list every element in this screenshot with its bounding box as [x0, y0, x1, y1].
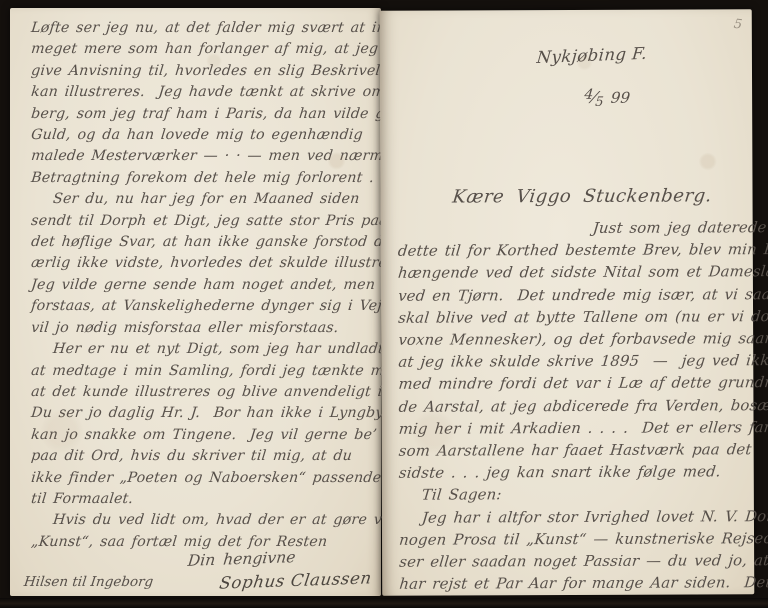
- letter-page-right: 5 Nykjøbing F. 4⁄599 Kære Viggo Stuckenb…: [380, 9, 755, 596]
- handwritten-line: mig her i mit Arkadien . . . . Det er el…: [398, 417, 752, 441]
- handwritten-line: meget mere som han forlanger af mig, at …: [30, 39, 377, 60]
- handwritten-line: at jeg ikke skulde skrive 1895 — jeg ved…: [397, 350, 751, 374]
- handwritten-line: paa dit Ord, hvis du skriver til mig, at…: [30, 446, 377, 467]
- handwritten-line: Jeg vilde gerne sende ham noget andet, m…: [30, 275, 377, 296]
- handwritten-line: at det kunde illustreres og blive anvend…: [30, 382, 377, 403]
- valediction: Din hengivne: [187, 548, 297, 570]
- salutation: Kære Viggo Stuckenberg.: [451, 185, 713, 207]
- handwritten-line: hængende ved det sidste Nital som et Dam…: [397, 262, 751, 286]
- handwritten-line: kan illustreres. Jeg havde tænkt at skri…: [30, 82, 377, 103]
- letter-page-left: Løfte ser jeg nu, at det falder mig svær…: [10, 8, 381, 596]
- date-day: 4: [584, 87, 595, 103]
- handwritten-line: ser eller saadan noget Passiar — du ved …: [398, 550, 752, 574]
- handwritten-line: skal blive ved at bytte Tallene om (nu e…: [397, 306, 751, 330]
- handwritten-line: sendt til Dorph et Digt, jeg satte stor …: [30, 211, 377, 232]
- handwritten-line: nogen Prosa til „Kunst“ — kunstneriske R…: [398, 528, 752, 552]
- handwritten-line: „Kunst“, saa fortæl mig det for Resten: [30, 532, 377, 553]
- handwritten-line: Jeg har i altfor stor Ivrighed lovet N. …: [398, 506, 752, 530]
- handwritten-line: Guld, og da han lovede mig to egenhændig: [30, 125, 377, 146]
- handwritten-line: ærlig ikke vidste, hvorledes det skulde …: [30, 253, 377, 274]
- background-table-edge: [0, 598, 768, 608]
- handwritten-line: som Aarstallene har faaet Hastværk paa d…: [398, 439, 752, 463]
- letter-photograph: Løfte ser jeg nu, at det falder mig svær…: [0, 0, 768, 608]
- handwritten-line: Du ser jo daglig Hr. J. Bor han ikke i L…: [30, 403, 377, 424]
- date-month: 5: [594, 95, 604, 110]
- handwritten-line: ikke finder „Poeten og Naboersken“ passe…: [30, 468, 377, 489]
- handwritten-line: det høflige Svar, at han ikke ganske for…: [30, 232, 377, 253]
- handwritten-line: ved en Tjørn. Det undrede mig især, at v…: [397, 284, 751, 308]
- left-page-bottom-row: Hilsen til Ingeborg Sophus Claussen: [24, 571, 371, 590]
- right-page-text: Just som jeg daterededette til for Korth…: [397, 217, 751, 596]
- handwritten-line: voxne Mennesker), og det forbavsede mig …: [397, 328, 751, 352]
- handwritten-line: til Formaalet.: [30, 489, 377, 510]
- date-year: 99: [610, 89, 631, 107]
- signature: Sophus Claussen: [218, 568, 373, 592]
- handwritten-line: malede Mesterværker — · · — men ved nærm…: [30, 146, 377, 167]
- handwritten-line: de Aarstal, at jeg abdicerede fra Verden…: [398, 395, 752, 419]
- dateline-place: Nykjøbing F.: [511, 43, 673, 68]
- handwritten-line: vil jo nødig misforstaa eller misforstaa…: [30, 318, 377, 339]
- handwritten-line: dette til for Korthed bestemte Brev, ble…: [397, 239, 751, 263]
- handwritten-line: med mindre fordi det var i Læ af dette g…: [397, 373, 751, 397]
- dateline-date: 4⁄599: [583, 88, 631, 107]
- handwritten-line: at medtage i min Samling, fordi jeg tænk…: [30, 361, 377, 382]
- pencil-page-number: 5: [733, 17, 743, 33]
- left-page-text: Løfte ser jeg nu, at det falder mig svær…: [30, 18, 375, 553]
- handwritten-line: sidste . . . jeg kan snart ikke følge me…: [398, 461, 752, 485]
- handwritten-line: Ser du, nu har jeg for en Maaned siden: [30, 189, 377, 210]
- handwritten-line: kan jo snakke om Tingene. Jeg vil gerne …: [30, 425, 377, 446]
- handwritten-line: Løfte ser jeg nu, at det falder mig svær…: [30, 18, 377, 39]
- handwritten-line: har rejst et Par Aar for mange Aar siden…: [398, 572, 752, 596]
- handwritten-line: Her er nu et nyt Digt, som jeg har undla…: [30, 339, 377, 360]
- handwritten-line: Hvis du ved lidt om, hvad der er at gøre…: [30, 510, 377, 531]
- handwritten-line: berg, som jeg traf ham i Paris, da han v…: [30, 104, 377, 125]
- handwritten-line: forstaas, at Vanskelighederne dynger sig…: [30, 296, 377, 317]
- postscript-greeting: Hilsen til Ingeborg: [23, 574, 154, 590]
- handwritten-line: Just som jeg daterede: [397, 217, 751, 241]
- handwritten-line: give Anvisning til, hvorledes en slig Be…: [30, 61, 377, 82]
- handwritten-line: Betragtning forekom det hele mig forlore…: [30, 168, 377, 189]
- handwritten-line: Til Sagen:: [398, 484, 752, 508]
